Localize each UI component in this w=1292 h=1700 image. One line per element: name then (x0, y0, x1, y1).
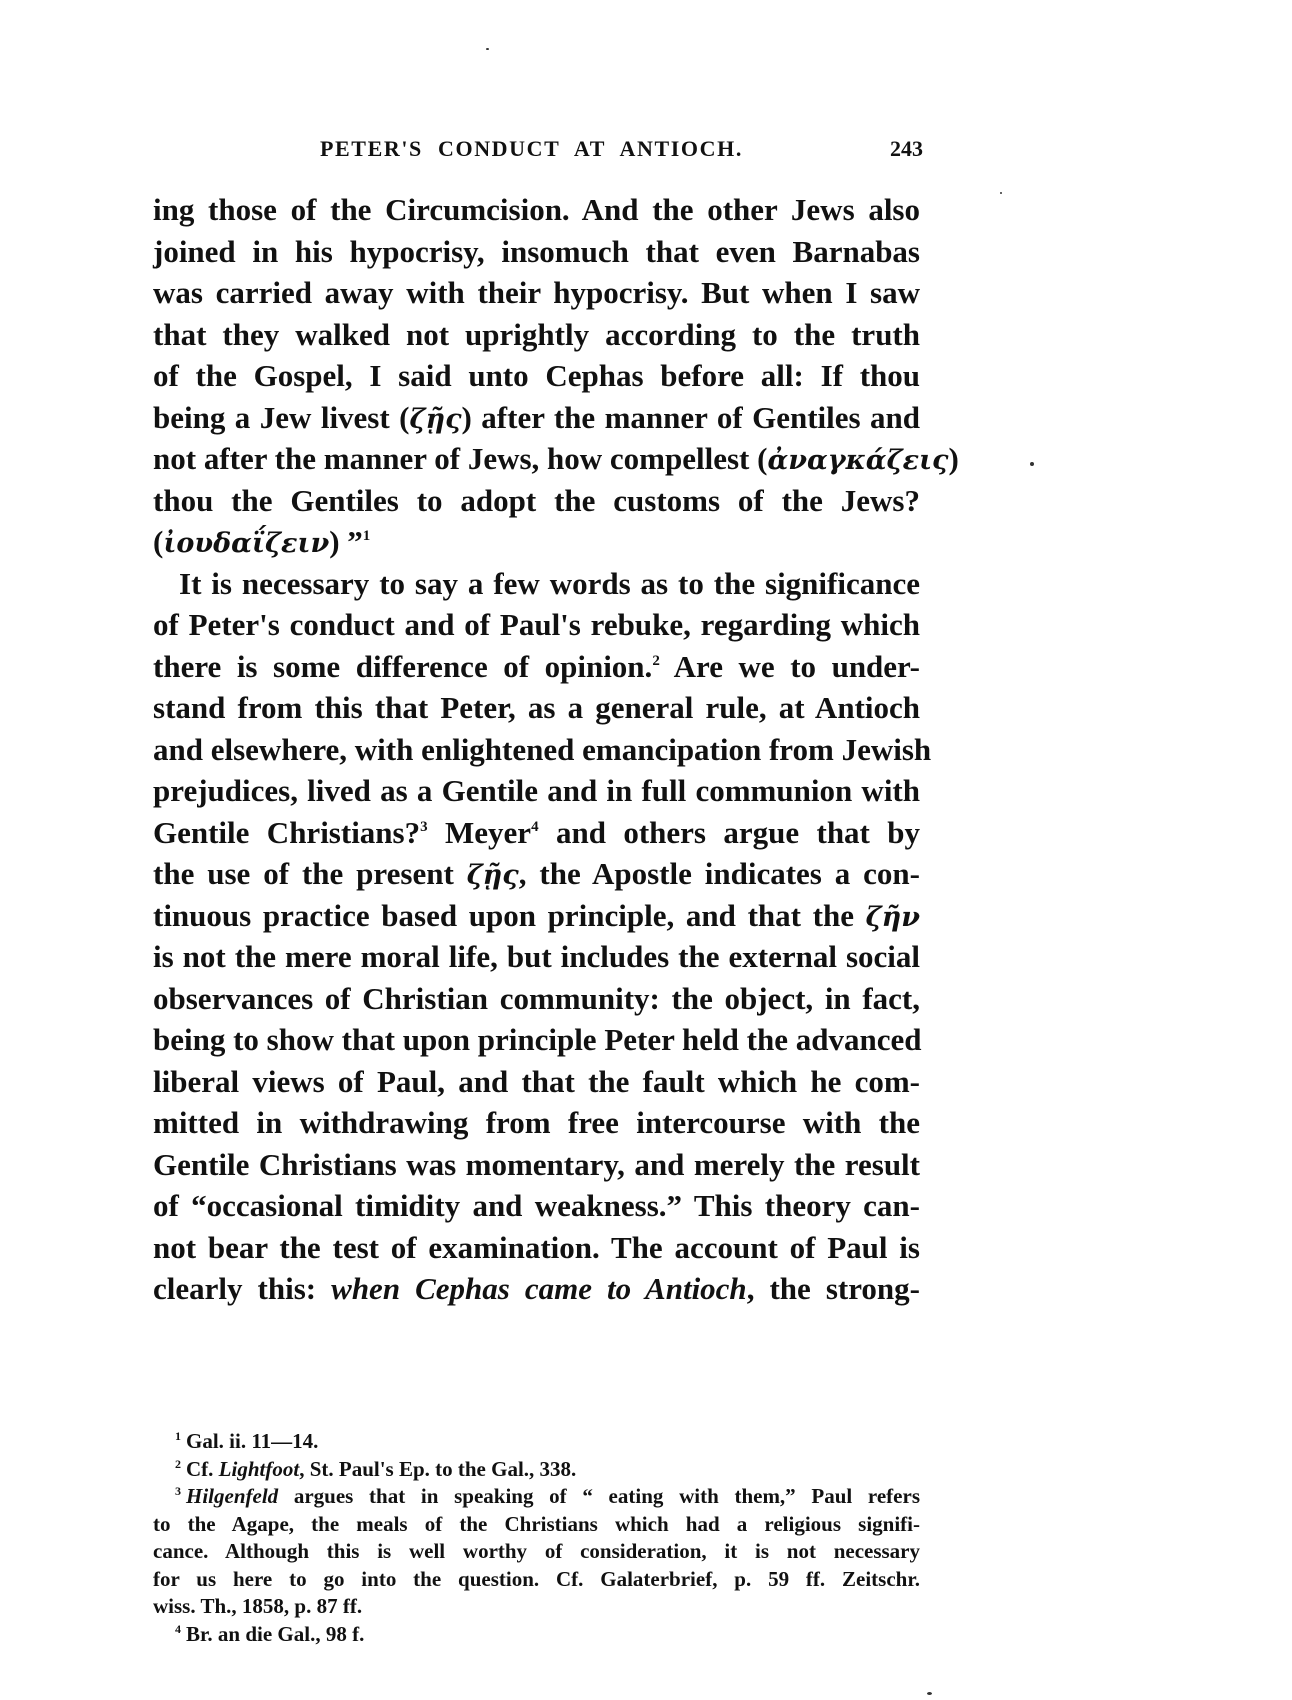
footnote-4: 4Br. an die Gal., 98 f. (153, 1621, 920, 1649)
book-page: PETER'S CONDUCT AT ANTIOCH. 243 ing thos… (0, 0, 1292, 1700)
text-line: not bear the test of examination. The ac… (153, 1227, 920, 1269)
text-line: being to show that upon principle Peter … (153, 1019, 920, 1061)
text-run: ) (949, 441, 959, 476)
footnote-number: 2 (175, 1457, 181, 1471)
text-run: not after the manner of Jews, how compel… (153, 441, 767, 476)
greek-word: ἀναγκάζεις (767, 445, 948, 476)
footnote-3-line: for us here to go into the question. Cf.… (153, 1566, 920, 1594)
scan-speck (1000, 192, 1002, 194)
greek-word: ἰουδαΐζειν (163, 528, 329, 559)
text-line: of the Gospel, I said unto Cephas before… (153, 355, 920, 397)
footnote-1: 1Gal. ii. 11—14. (153, 1428, 920, 1456)
footnote-text: Br. an die Gal., 98 f. (186, 1622, 364, 1646)
footnote-number: 3 (175, 1484, 181, 1498)
text-line: Gentile Christians?3 Meyer4 and others a… (153, 812, 920, 854)
greek-word: ζῇς (467, 860, 519, 891)
text-line: of “occasional timidity and weakness.” T… (153, 1185, 920, 1227)
footnote-ref-4[interactable]: 4 (531, 819, 539, 835)
text-line: Gentile Christians was momentary, and me… (153, 1144, 920, 1186)
text-line: observances of Christian community: the … (153, 978, 920, 1020)
text-line: tinuous practice based upon principle, a… (153, 895, 920, 937)
running-head: PETER'S CONDUCT AT ANTIOCH. 243 (153, 136, 923, 168)
text-run: the use of the present (153, 856, 467, 891)
text-run: , the Apostle indicates a con- (519, 856, 920, 891)
text-line: there is some difference of opinion.2 Ar… (153, 646, 920, 688)
text-line: clearly this: when Cephas came to Antioc… (153, 1268, 920, 1310)
footnote-text: Cf. (186, 1457, 219, 1481)
footnote-ref-1[interactable]: 1 (363, 528, 371, 544)
text-line: It is necessary to say a few words as to… (153, 563, 920, 605)
text-line: prejudices, lived as a Gentile and in fu… (153, 770, 920, 812)
footnote-3-line: cance. Although this is well worthy of c… (153, 1538, 920, 1566)
text-line: being a Jew livest (ζῇς) after the manne… (153, 397, 920, 439)
text-run: there is some difference of opinion. (153, 649, 652, 684)
footnote-3-line: wiss. Th., 1858, p. 87 ff. (153, 1593, 920, 1621)
footnote-number: 4 (175, 1622, 181, 1636)
text-line: the use of the present ζῇς, the Apostle … (153, 853, 920, 895)
footnote-ref-3[interactable]: 3 (420, 819, 428, 835)
italic-phrase: when Cephas came to Antioch (331, 1271, 747, 1306)
footnote-author: Lightfoot (219, 1457, 300, 1481)
text-run: Meyer (428, 815, 531, 850)
greek-word: ζῆν (866, 902, 920, 933)
text-run: Are we to under- (660, 649, 920, 684)
text-line: not after the manner of Jews, how compel… (153, 438, 920, 480)
text-line: is not the mere moral life, but includes… (153, 936, 920, 978)
greek-word: ζῇς (409, 404, 461, 435)
footnote-ref-2[interactable]: 2 (652, 653, 660, 669)
text-run: ) after the manner of Gentiles and (462, 400, 920, 435)
footnote-3: 3Hilgenfeld argues that in speaking of “… (153, 1483, 920, 1511)
text-run: tinuous practice based upon principle, a… (153, 898, 866, 933)
text-run: clearly this: (153, 1271, 331, 1306)
footnote-text: Gal. ii. 11—14. (186, 1429, 318, 1453)
text-run: ( (153, 524, 163, 559)
text-run: ) ” (329, 524, 363, 559)
text-line: mitted in withdrawing from free intercou… (153, 1102, 920, 1144)
text-line: of Peter's conduct and of Paul's rebuke,… (153, 604, 920, 646)
text-line: liberal views of Paul, and that the faul… (153, 1061, 920, 1103)
footnotes: 1Gal. ii. 11—14. 2Cf. Lightfoot, St. Pau… (153, 1428, 920, 1648)
body-text: ing those of the Circumcision. And the o… (153, 189, 920, 1310)
footnote-text: argues that in speaking of “ eating with… (278, 1484, 920, 1508)
text-line: thou the Gentiles to adopt the customs o… (153, 480, 920, 522)
text-line: (ἰουδαΐζειν) ”1 (153, 521, 920, 563)
text-run: being a Jew livest ( (153, 400, 409, 435)
text-run: Gentile Christians? (153, 815, 420, 850)
scan-speck (927, 1692, 932, 1695)
footnote-text: , St. Paul's Ep. to the Gal., 338. (299, 1457, 576, 1481)
text-line: ing those of the Circumcision. And the o… (153, 189, 920, 231)
text-line: joined in his hypocrisy, insomuch that e… (153, 231, 920, 273)
footnote-number: 1 (175, 1429, 181, 1443)
text-line: and elsewhere, with enlightened emancipa… (153, 729, 920, 771)
text-line: that they walked not uprightly according… (153, 314, 920, 356)
footnote-author: Hilgenfeld (186, 1484, 278, 1508)
scan-speck (486, 48, 489, 50)
text-run: and others argue that by (539, 815, 920, 850)
page-number: 243 (890, 136, 923, 162)
footnote-3-line: to the Agape, the meals of the Christian… (153, 1511, 920, 1539)
footnote-2: 2Cf. Lightfoot, St. Paul's Ep. to the Ga… (153, 1456, 920, 1484)
text-line: was carried away with their hypocrisy. B… (153, 272, 920, 314)
scan-speck (1030, 462, 1034, 466)
text-run: , the strong- (747, 1271, 920, 1306)
text-line: stand from this that Peter, as a general… (153, 687, 920, 729)
running-title: PETER'S CONDUCT AT ANTIOCH. (320, 136, 743, 162)
